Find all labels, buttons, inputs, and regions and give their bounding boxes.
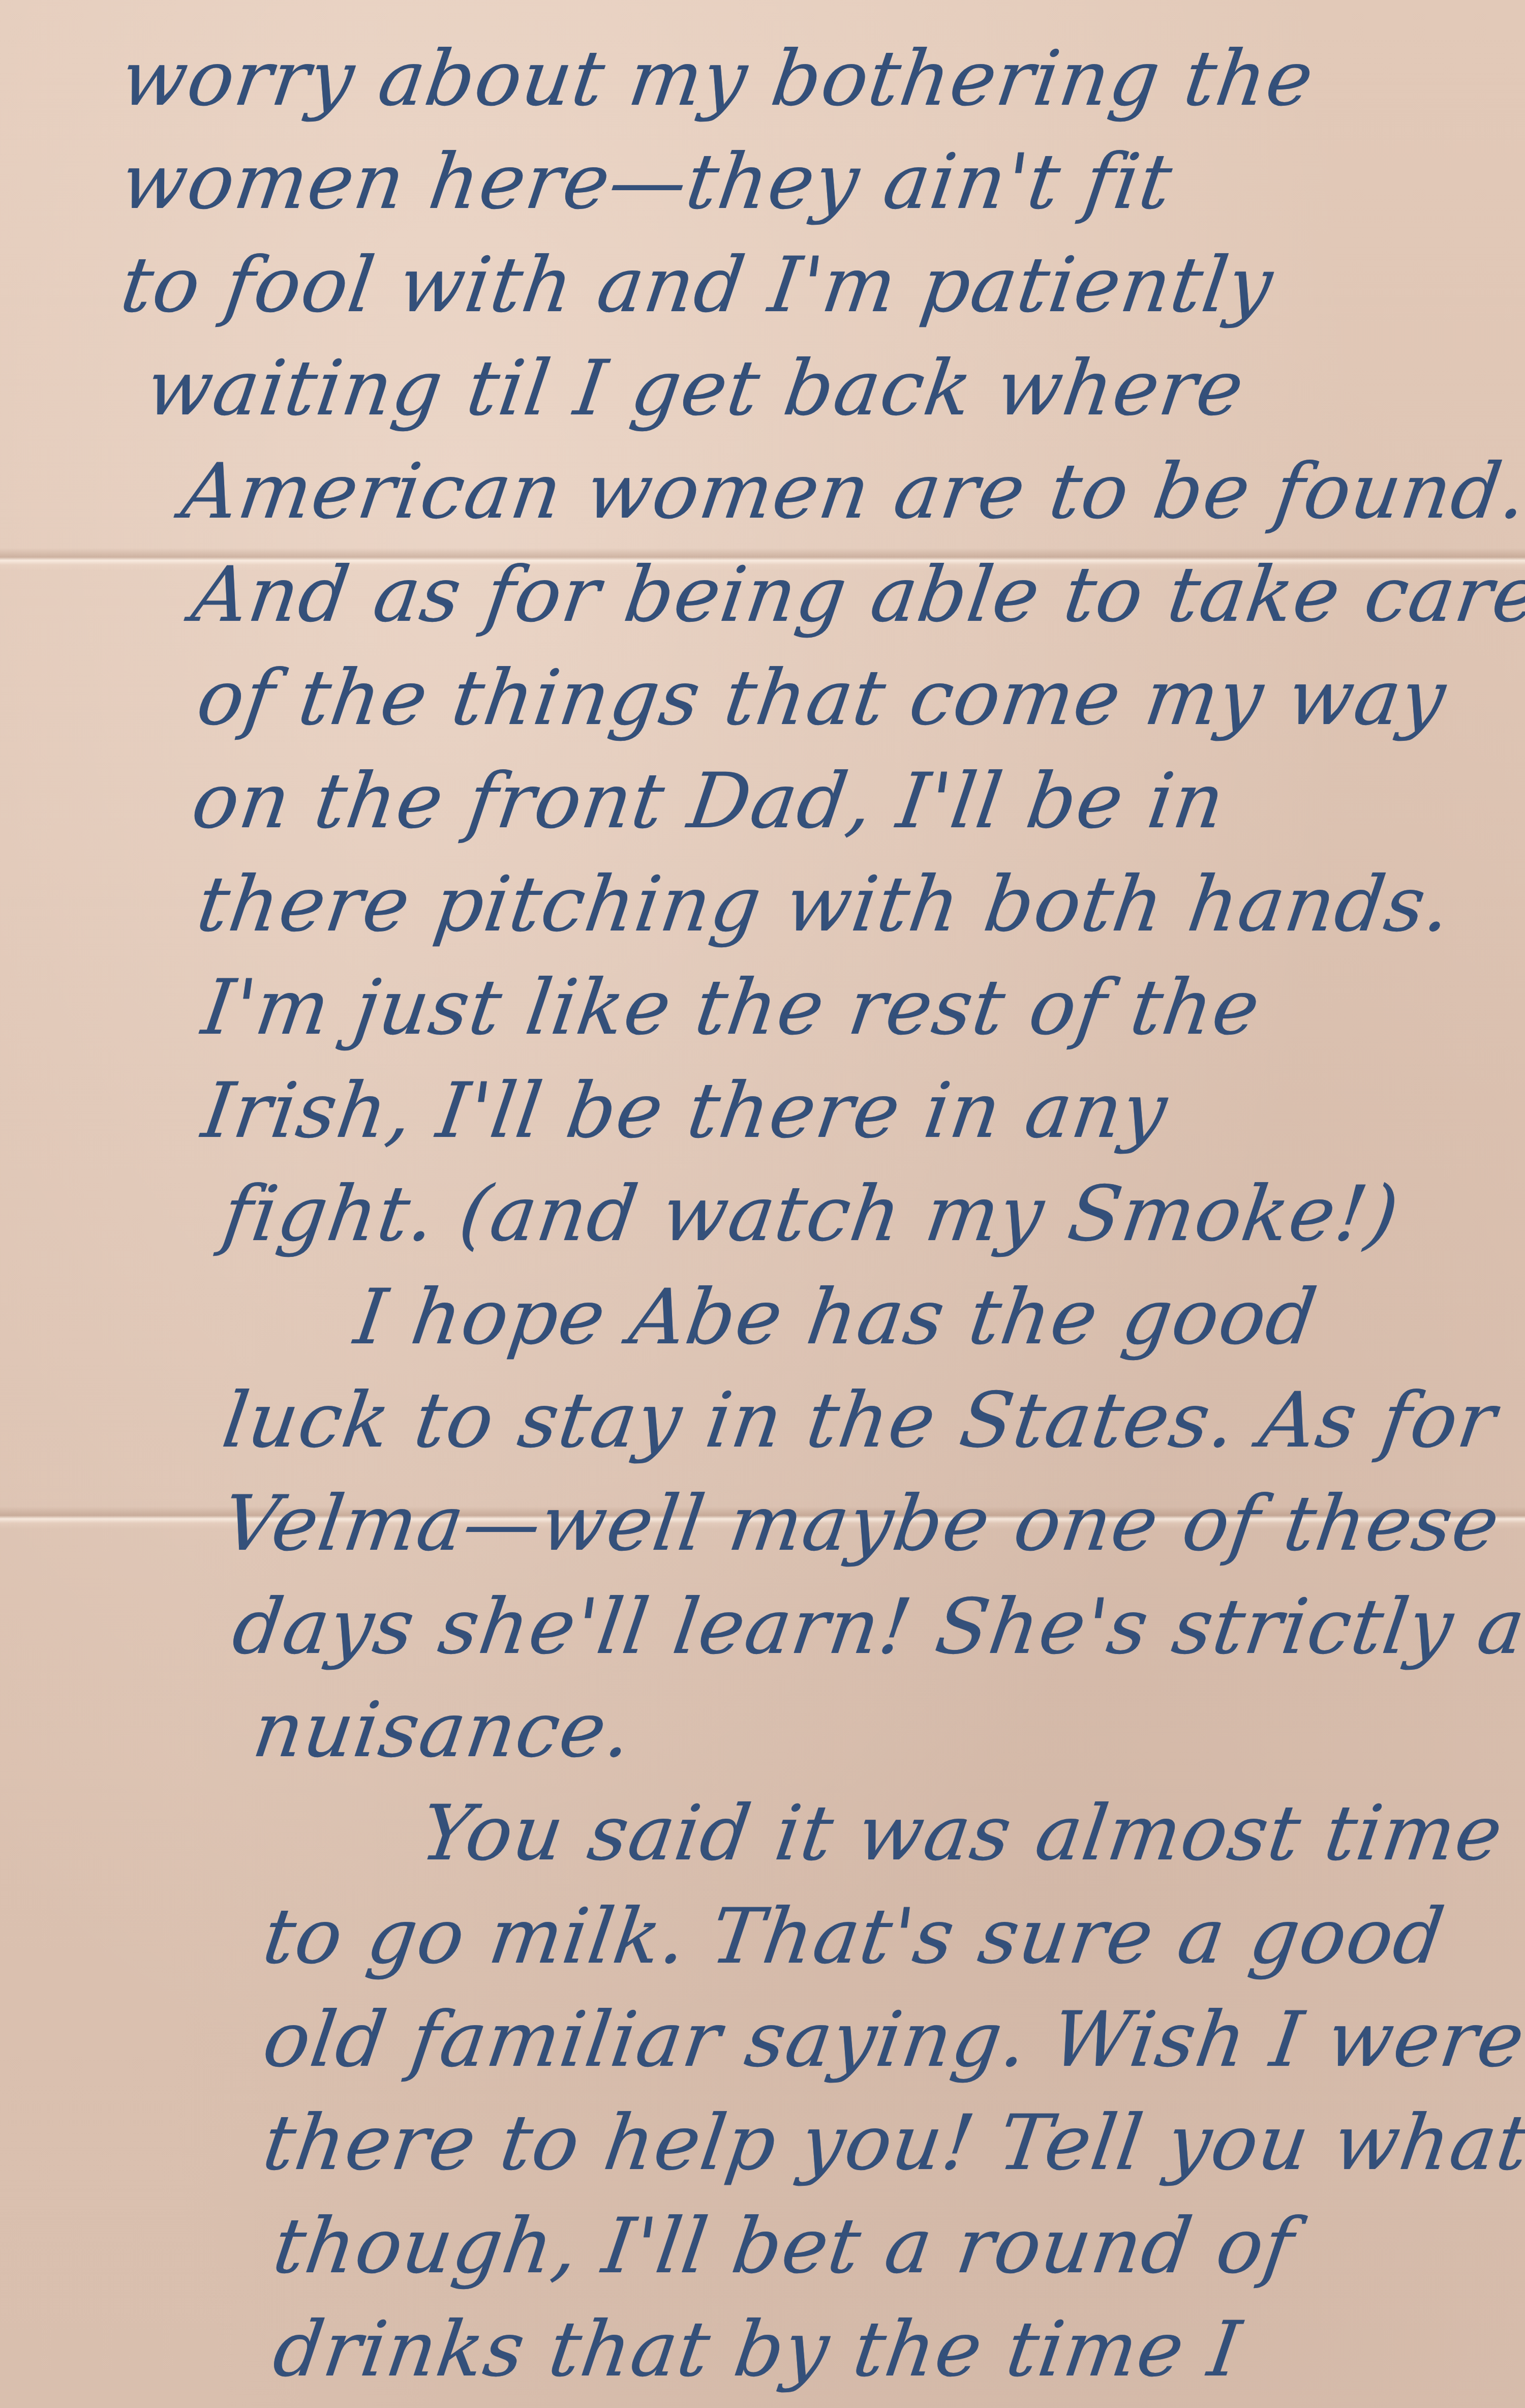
letter-line: worry about my bothering the <box>116 41 1318 117</box>
letter-line: though, I'll bet a round of <box>269 2208 1299 2284</box>
letter-line: I hope Abe has the good <box>350 1279 1322 1356</box>
letter-line: there pitching with both hands. <box>193 866 1456 943</box>
letter-line: there to help you! Tell you what <box>259 2105 1525 2181</box>
letter-line: luck to stay in the States. As for <box>218 1382 1501 1459</box>
letter-line: Velma—well maybe one of these <box>218 1486 1504 1562</box>
letter-line: nuisance. <box>249 1692 637 1768</box>
letter-line: of the things that come my way <box>193 660 1451 736</box>
letter-line: to fool with and I'm patiently <box>116 247 1277 323</box>
letter-line: drinks that by the time I <box>269 2311 1245 2388</box>
letter-line: Irish, I'll be there in any <box>198 1073 1172 1149</box>
letter-line: on the front Dad, I'll be in <box>188 763 1229 839</box>
letter-line: to go milk. That's sure a good <box>259 1899 1449 1975</box>
letter-line: And as for being able to take care <box>188 557 1525 633</box>
letter-line: American women are to be found. <box>177 454 1525 530</box>
letter-line: women here—they ain't fit <box>116 144 1177 220</box>
letter-line: waiting til I get back where <box>142 350 1248 427</box>
letter-line: You said it was almost time <box>416 1795 1507 1872</box>
letter-page: worry about my bothering thewomen here—t… <box>0 0 1525 2408</box>
letter-line: fight. (and watch my Smoke!) <box>218 1176 1404 1252</box>
letter-line: I'm just like the rest of the <box>198 970 1265 1046</box>
letter-line: days she'll learn! She's strictly a <box>228 1589 1525 1665</box>
letter-line: old familiar saying. Wish I were <box>259 2002 1525 2078</box>
